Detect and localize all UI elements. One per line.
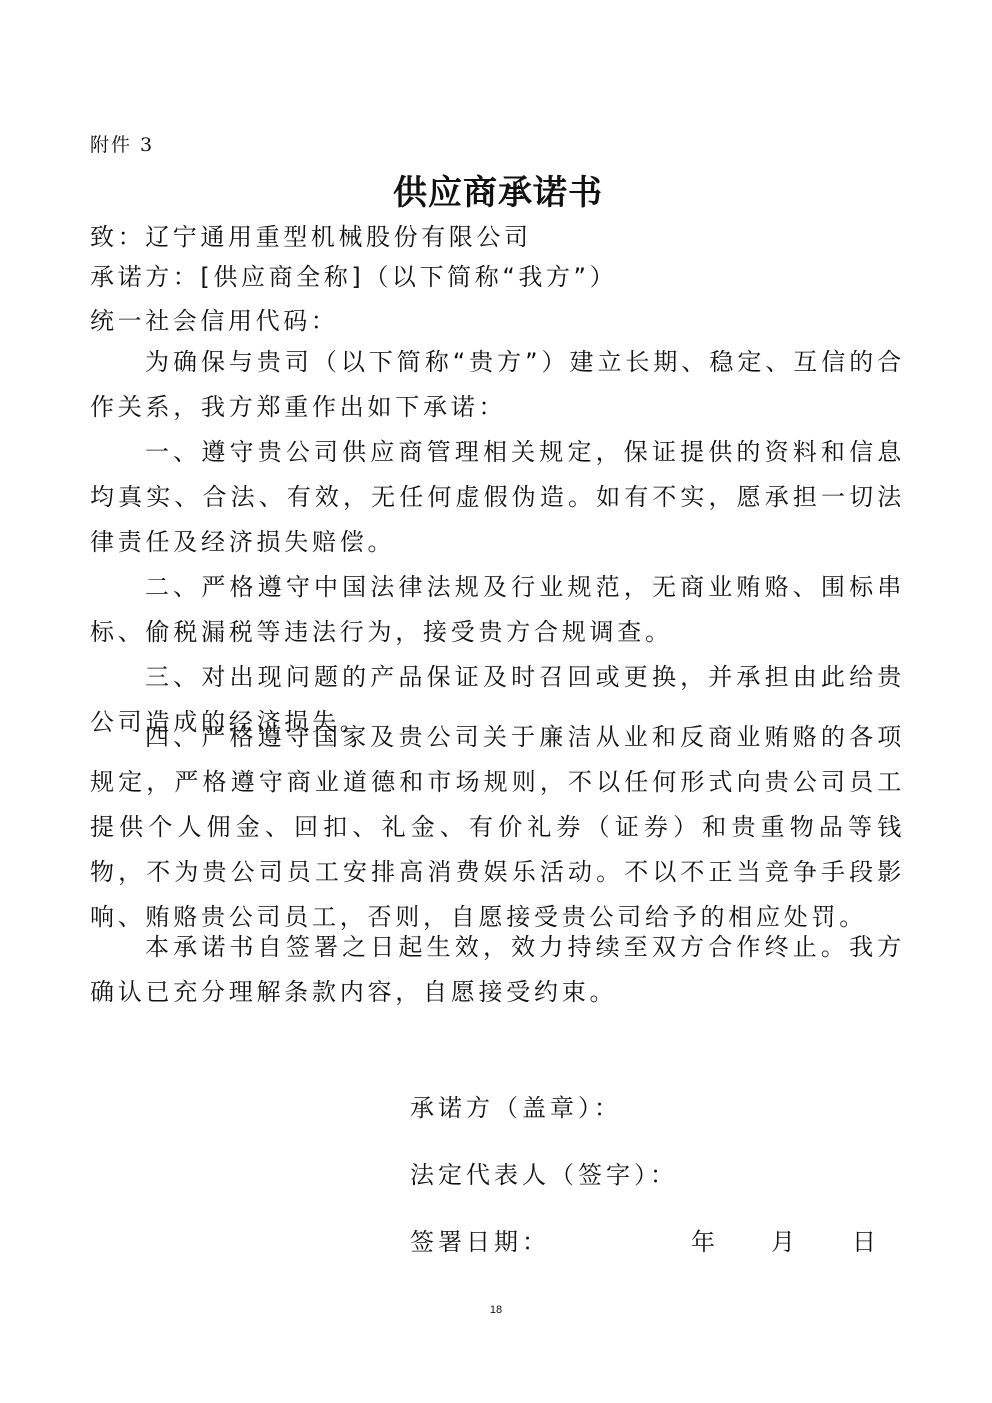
date-year-label: 年	[691, 1224, 715, 1260]
paragraph-clause-4: 四、严格遵守国家及贵公司关于廉洁从业和反商业贿赂的各项规定，严格遵守商业道德和市…	[90, 715, 905, 940]
paragraph-clause-1: 一、遵守贵公司供应商管理相关规定，保证提供的资料和信息均真实、合法、有效，无任何…	[90, 430, 905, 565]
page-number: 18	[0, 1302, 992, 1318]
date-month-label: 月	[771, 1224, 795, 1260]
addressee-line: 致：辽宁通用重型机械股份有限公司	[90, 219, 532, 255]
legal-rep-label: 法定代表人（签字）：	[410, 1157, 678, 1193]
promisor-line: 承诺方：[供应商全称]（以下简称“我方”）	[90, 259, 617, 295]
date-day-label: 日	[852, 1224, 876, 1260]
paragraph-clause-2: 二、严格遵守中国法律法规及行业规范，无商业贿赂、围标串标、偷税漏税等违法行为，接…	[90, 565, 905, 655]
document-title: 供应商承诺书	[0, 167, 992, 219]
date-label: 签署日期：	[410, 1224, 550, 1260]
credit-code-line: 统一社会信用代码：	[90, 303, 338, 339]
paragraph-effective: 本承诺书自签署之日起生效，效力持续至双方合作终止。我方确认已充分理解条款内容，自…	[90, 925, 905, 1015]
document-page: 附件 3 供应商承诺书 致：辽宁通用重型机械股份有限公司 承诺方：[供应商全称]…	[0, 0, 992, 1403]
attachment-label: 附件 3	[90, 132, 154, 158]
seal-label: 承诺方（盖章）：	[410, 1090, 622, 1126]
paragraph-intro: 为确保与贵司（以下简称“贵方”）建立长期、稳定、互信的合作关系，我方郑重作出如下…	[90, 340, 905, 430]
